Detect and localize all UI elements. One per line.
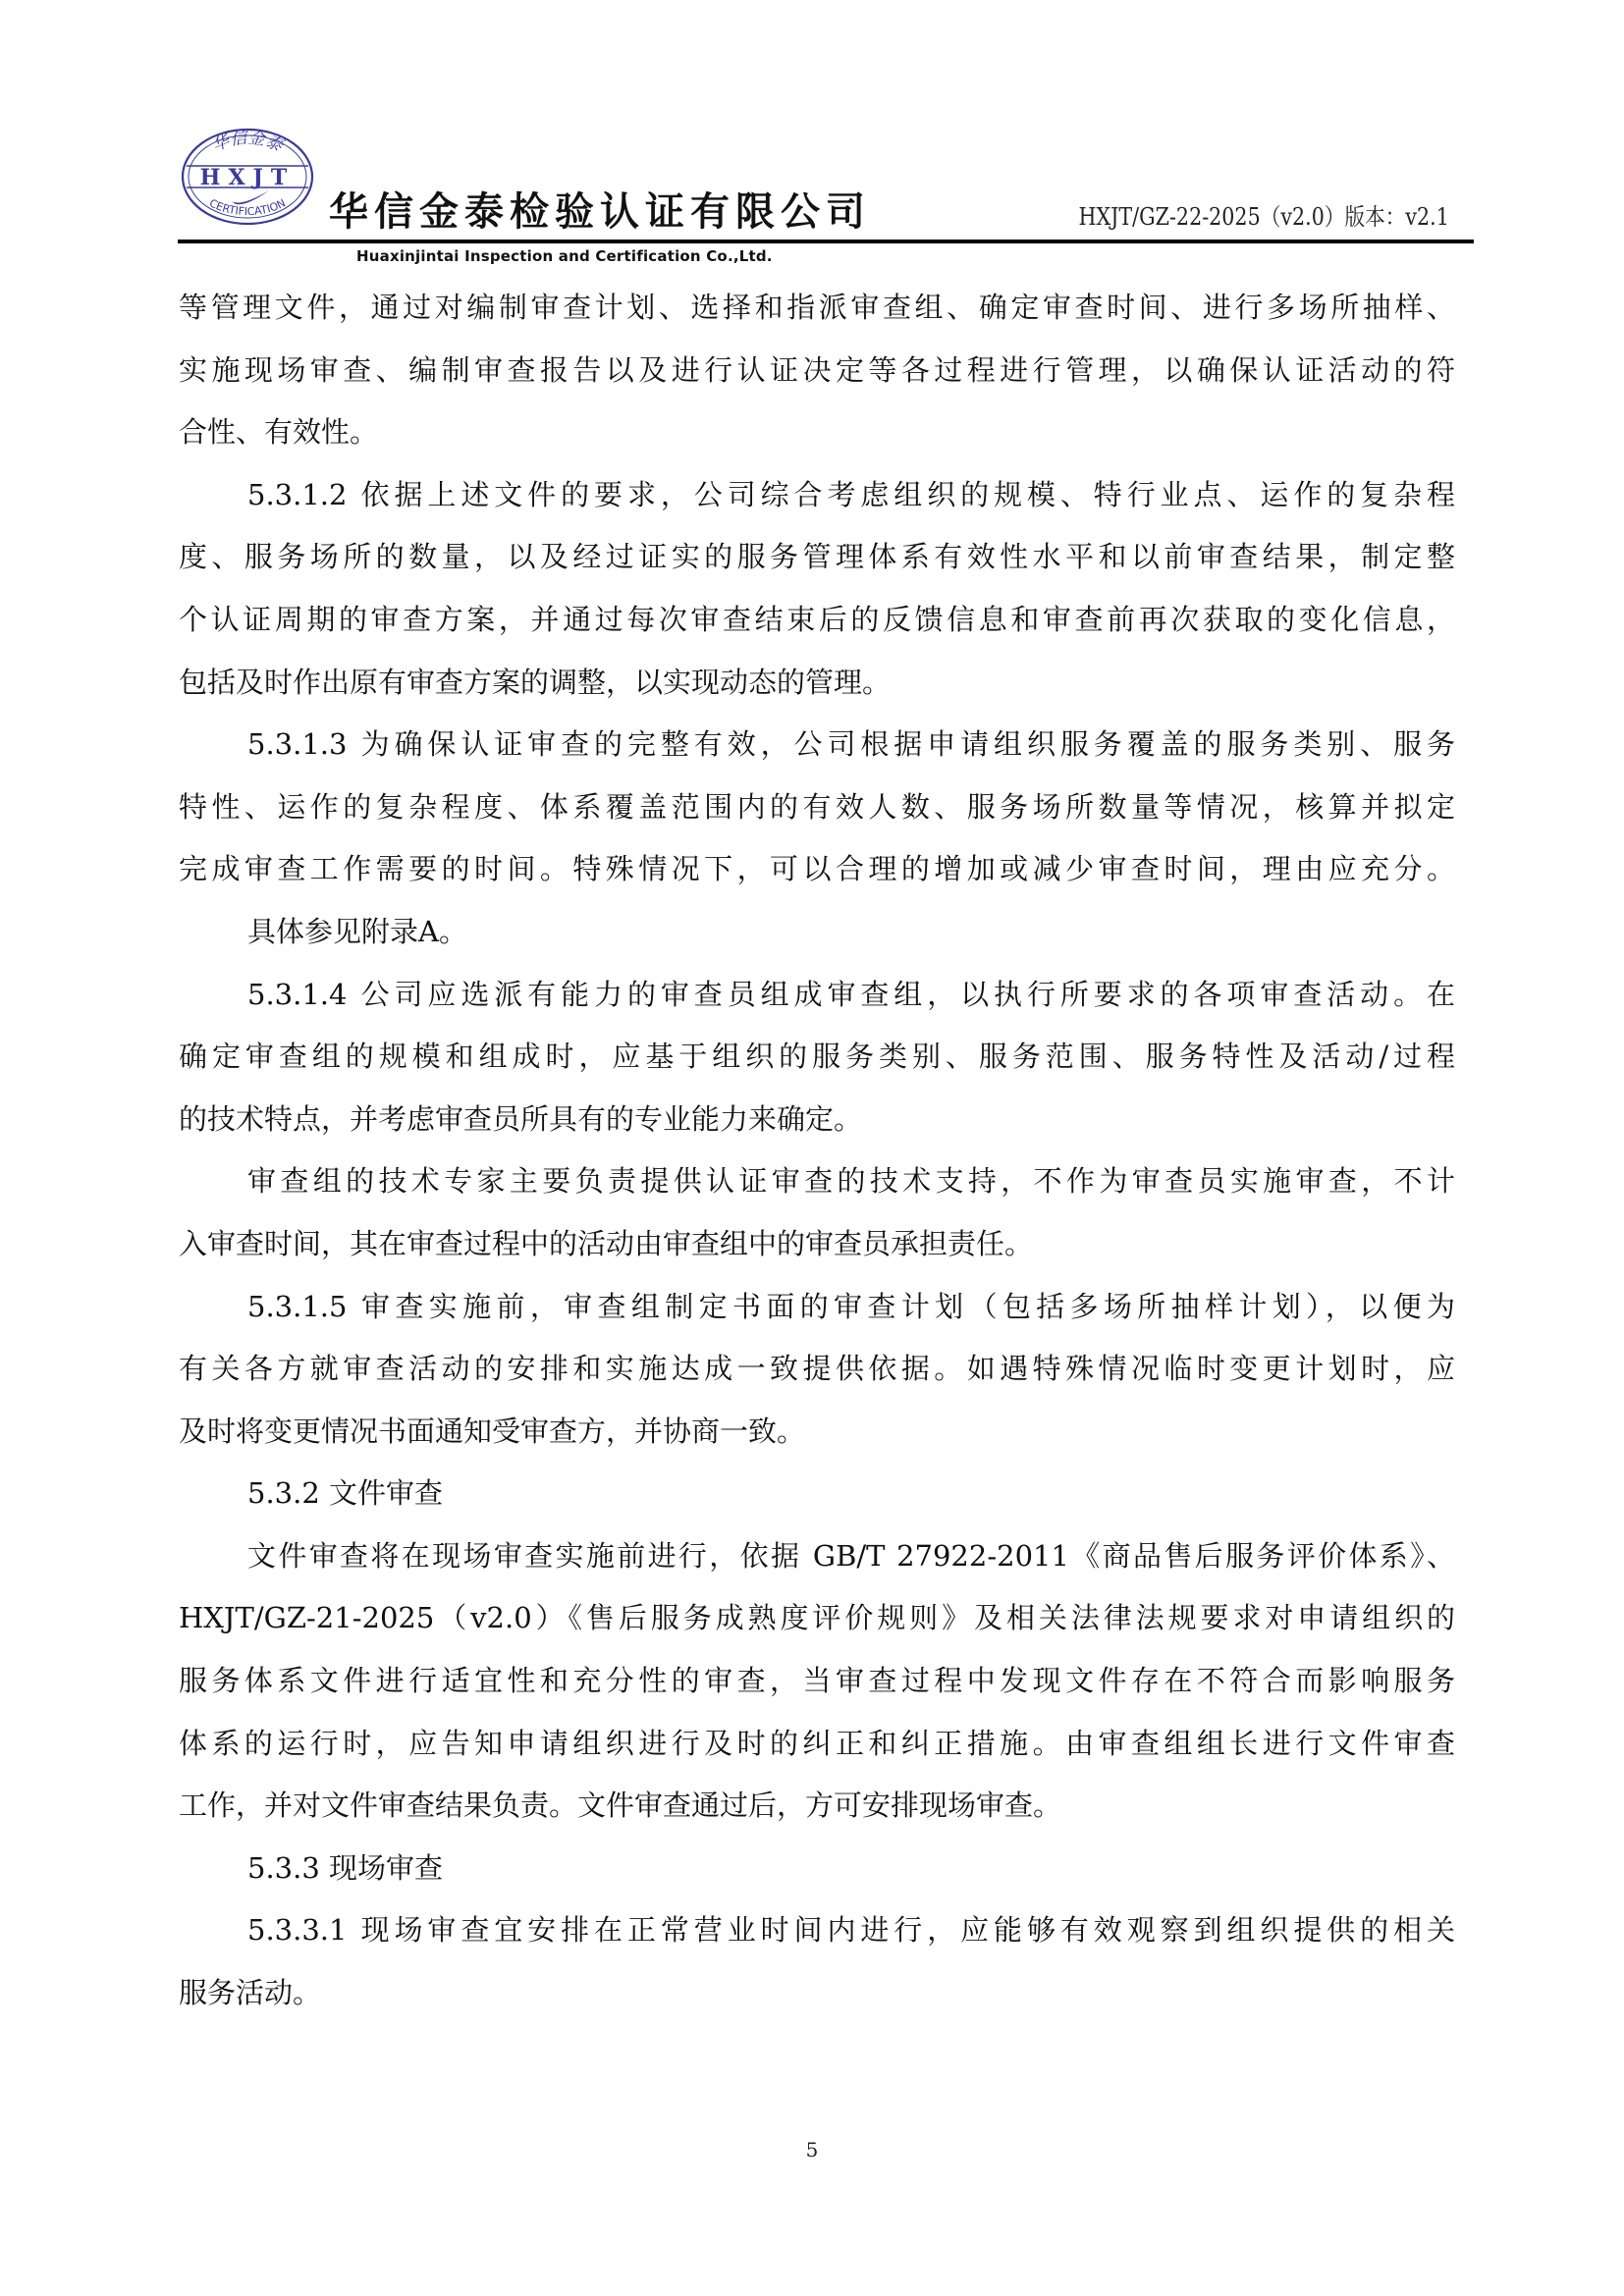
text-line: 的技术特点，并考虑审查员所具有的专业能力来确定。 bbox=[179, 1089, 1455, 1151]
text-line: 5.3.1.2 依据上述文件的要求，公司综合考虑组织的规模、特行业点、运作的复杂… bbox=[179, 464, 1455, 527]
text-line: 完成审查工作需要的时间。特殊情况下，可以合理的增加或减少审查时间，理由应充分。 bbox=[179, 838, 1455, 901]
text-line: 特性、运作的复杂程度、体系覆盖范围内的有效人数、服务场所数量等情况，核算并拟定 bbox=[179, 776, 1455, 839]
text-line: 具体参见附录A。 bbox=[179, 901, 1455, 964]
company-name-en: Huaxinjintai Inspection and Certificatio… bbox=[356, 247, 773, 265]
text-line: 有关各方就审查活动的安排和实施达成一致提供依据。如遇特殊情况临时变更计划时，应 bbox=[179, 1338, 1455, 1401]
text-line: 5.3.1.3 为确保认证审查的完整有效，公司根据申请组织服务覆盖的服务类别、服… bbox=[179, 714, 1455, 776]
document-code: HXJT/GZ-22-2025（v2.0）版本：v2.1 bbox=[1079, 202, 1449, 232]
text-line: 个认证周期的审查方案，并通过每次审查结束后的反馈信息和审查前再次获取的变化信息， bbox=[179, 589, 1455, 652]
text-line: 服务活动。 bbox=[179, 1962, 1455, 2025]
svg-text:华信金泰: 华信金泰 bbox=[209, 128, 287, 156]
company-name-cn: 华信金泰检验认证有限公司 bbox=[329, 188, 871, 236]
text-line: 服务体系文件进行适宜性和充分性的审查，当审查过程中发现文件存在不符合而影响服务 bbox=[179, 1650, 1455, 1713]
document-page: 华信金泰 HXJT CERTIFICATION 华信金泰检验认证有限公司 HXJ… bbox=[0, 0, 1624, 2296]
text-line: 等管理文件，通过对编制审查计划、选择和指派审查组、确定审查时间、进行多场所抽样、 bbox=[179, 277, 1455, 340]
text-line: 5.3.3 现场审查 bbox=[179, 1838, 1455, 1900]
text-line: 度、服务场所的数量，以及经过证实的服务管理体系有效性水平和以前审查结果，制定整 bbox=[179, 526, 1455, 589]
text-line: 及时将变更情况书面通知受审查方，并协商一致。 bbox=[179, 1401, 1455, 1464]
text-line: 5.3.2 文件审查 bbox=[179, 1463, 1455, 1525]
header-divider bbox=[178, 240, 1474, 243]
text-line: 确定审查组的规模和组成时，应基于组织的服务类别、服务范围、服务特性及活动/过程 bbox=[179, 1026, 1455, 1089]
text-line: 实施现场审查、编制审查报告以及进行认证决定等各过程进行管理，以确保认证活动的符 bbox=[179, 340, 1455, 402]
svg-text:CERTIFICATION: CERTIFICATION bbox=[207, 196, 288, 218]
text-line: 包括及时作出原有审查方案的调整，以实现动态的管理。 bbox=[179, 652, 1455, 715]
svg-text:HXJT: HXJT bbox=[200, 165, 296, 190]
text-line: 工作，并对文件审查结果负责。文件审查通过后，方可安排现场审查。 bbox=[179, 1775, 1455, 1838]
text-line: 入审查时间，其在审查过程中的活动由审查组中的审查员承担责任。 bbox=[179, 1213, 1455, 1276]
page-number: 5 bbox=[0, 2138, 1624, 2162]
text-line: 审查组的技术专家主要负责提供认证审查的技术支持，不作为审查员实施审查，不计 bbox=[179, 1150, 1455, 1213]
text-line: 5.3.1.5 审查实施前，审查组制定书面的审查计划（包括多场所抽样计划），以便… bbox=[179, 1276, 1455, 1339]
text-line: 文件审查将在现场审查实施前进行，依据 GB/T 27922-2011《商品售后服… bbox=[179, 1525, 1455, 1588]
company-logo: 华信金泰 HXJT CERTIFICATION bbox=[179, 126, 316, 228]
text-line: 5.3.3.1 现场审查宜安排在正常营业时间内进行，应能够有效观察到组织提供的相… bbox=[179, 1899, 1455, 1962]
text-line: HXJT/GZ-21-2025（v2.0）《售后服务成熟度评价规则》及相关法律法… bbox=[179, 1587, 1455, 1650]
document-body: 等管理文件，通过对编制审查计划、选择和指派审查组、确定审查时间、进行多场所抽样、… bbox=[179, 277, 1455, 2025]
text-line: 体系的运行时，应告知申请组织进行及时的纠正和纠正措施。由审查组组长进行文件审查 bbox=[179, 1713, 1455, 1776]
hxjt-logo-icon: 华信金泰 HXJT CERTIFICATION bbox=[179, 126, 316, 228]
text-line: 5.3.1.4 公司应选派有能力的审查员组成审查组，以执行所要求的各项审查活动。… bbox=[179, 964, 1455, 1027]
text-line: 合性、有效性。 bbox=[179, 401, 1455, 464]
